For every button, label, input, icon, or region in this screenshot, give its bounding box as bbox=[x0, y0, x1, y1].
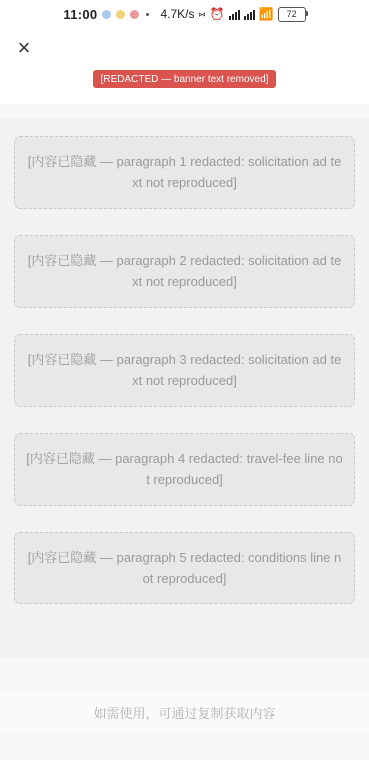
wifi-icon: 📶 bbox=[259, 8, 274, 20]
paragraph-redacted: [内容已隐藏 — paragraph 1 redacted: solicitat… bbox=[14, 136, 355, 209]
message-content-panel: [内容已隐藏 — paragraph 1 redacted: solicitat… bbox=[0, 118, 369, 658]
separator-dot bbox=[146, 13, 149, 16]
notification-dot-icon bbox=[116, 10, 125, 19]
bluetooth-icon: ⑅ bbox=[198, 8, 205, 20]
paragraph-redacted: [内容已隐藏 — paragraph 4 redacted: travel-fe… bbox=[14, 433, 355, 506]
close-icon[interactable]: × bbox=[10, 34, 38, 62]
signal-strength-icon bbox=[229, 9, 240, 20]
network-speed: 4.7K/s bbox=[160, 7, 194, 21]
paragraph-redacted: [内容已隐藏 — paragraph 3 redacted: solicitat… bbox=[14, 334, 355, 407]
notification-dot-icon bbox=[102, 10, 111, 19]
battery-indicator: 72 bbox=[278, 7, 306, 22]
redacted-banner-row: [REDACTED — banner text removed] bbox=[0, 68, 369, 104]
signal-strength-icon-2 bbox=[244, 9, 255, 20]
status-bar: 11:00 4.7K/s ⑅ ⏰ 📶 72 bbox=[0, 0, 369, 28]
redacted-banner: [REDACTED — banner text removed] bbox=[93, 70, 277, 88]
copy-hint: 如需使用，可通过复制获取内容 bbox=[0, 692, 369, 732]
paragraph-redacted: [内容已隐藏 — paragraph 2 redacted: solicitat… bbox=[14, 235, 355, 308]
clock: 11:00 bbox=[63, 7, 97, 22]
top-bar: × bbox=[0, 28, 369, 68]
paragraph-redacted: [内容已隐藏 — paragraph 5 redacted: condition… bbox=[14, 532, 355, 605]
notification-dot-icon bbox=[130, 10, 139, 19]
alarm-icon: ⏰ bbox=[210, 8, 225, 20]
